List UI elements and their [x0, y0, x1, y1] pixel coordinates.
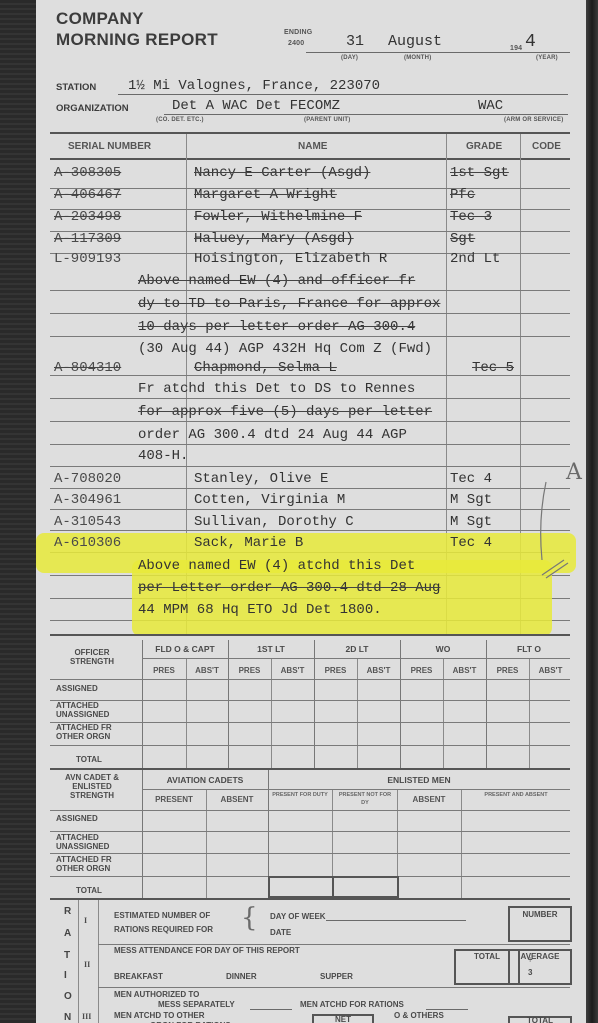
subcol-pres: PRES	[142, 666, 186, 675]
col-name: NAME	[298, 141, 327, 152]
estimated-rations-line1: ESTIMATED NUMBER OF	[114, 911, 210, 920]
subcol-abst: ABS'T	[443, 666, 486, 675]
remark-line: Above named EW (4) atchd this Det	[138, 558, 415, 574]
remark-line: (30 Aug 44) AGP 432H Hq Com Z (Fwd)	[138, 341, 432, 357]
row-line	[50, 466, 570, 467]
grid-divider	[142, 640, 143, 768]
subcol-absent: ABSENT	[206, 795, 268, 804]
year-caption: (YEAR)	[536, 55, 558, 61]
soldier-name: Hoisington, Elizabeth R	[194, 251, 387, 267]
section-rule	[50, 768, 570, 770]
subcol-present-not-for-duty: PRESENT NOT FOR DY	[336, 791, 394, 807]
enlisted-strength-title: AVN CADET & ENLISTED STRENGTH	[54, 773, 130, 800]
ration-letter: R	[64, 906, 71, 917]
remark-line: Above named EW (4) and officer fr	[138, 273, 415, 289]
supper-label: SUPPER	[320, 972, 353, 981]
serial-number: L-909193	[54, 251, 121, 267]
grid-divider	[314, 640, 315, 768]
serial-number: A-203498	[54, 209, 121, 225]
title-line-2: MORNING REPORT	[56, 29, 218, 50]
ration-letter: N	[64, 1012, 71, 1023]
serial-number: A-708020	[54, 471, 121, 487]
subcol-abst: ABS'T	[357, 666, 400, 675]
station-underline	[118, 94, 568, 95]
men-atchd-rations-field[interactable]	[426, 1009, 468, 1010]
report-month: August	[388, 33, 442, 50]
grid-line	[142, 789, 570, 790]
grid-divider	[461, 790, 462, 898]
ration-letter: A	[64, 928, 71, 939]
row-attached-unassigned: ATTACHED UNASSIGNED	[56, 833, 136, 851]
header-rule	[50, 132, 570, 134]
serial-number: A-804310	[54, 360, 121, 376]
grid-line	[142, 658, 570, 659]
soldier-grade: M Sgt	[450, 492, 492, 508]
grid-divider	[400, 640, 401, 768]
grid-line	[50, 853, 570, 854]
subcol-abst: ABS'T	[271, 666, 314, 675]
column-header-rule	[50, 158, 570, 160]
enlisted-men-group: ENLISTED MEN	[268, 775, 570, 785]
remark-line: 10 days per letter order AG 300.4	[138, 319, 415, 335]
grid-divider	[98, 900, 99, 1023]
average-box-label: AVERAGE	[508, 952, 572, 961]
organization-underline	[164, 114, 568, 115]
row-total: TOTAL	[76, 755, 102, 764]
subcol-pres: PRES	[486, 666, 529, 675]
subcol-pres: PRES	[314, 666, 357, 675]
men-atchd-other-line1: MEN ATCHD TO OTHER	[114, 1011, 205, 1020]
arm-value: WAC	[478, 98, 503, 114]
ration-letter: T	[64, 950, 70, 961]
soldier-name: Margaret A Wright	[194, 187, 337, 203]
grid-line	[50, 810, 570, 811]
subcol-present-and-absent: PRESENT AND ABSENT	[476, 791, 556, 799]
remark-line: dy to TD to Paris, France for approx	[138, 296, 440, 312]
officer-group: FLD O & CAPT	[142, 644, 228, 654]
month-caption: (MONTH)	[404, 55, 431, 61]
morning-report-form: COMPANY MORNING REPORT ENDING 2400 31 Au…	[36, 0, 586, 1023]
officer-group: FLT O	[486, 644, 572, 654]
serial-number: A-308305	[54, 165, 121, 181]
ending-time: 2400	[288, 40, 304, 47]
brace-mark: {	[241, 903, 258, 933]
officer-group: 2D LT	[314, 644, 400, 654]
station-value: 1½ Mi Valognes, France, 223070	[128, 78, 380, 94]
year-underline	[506, 52, 570, 53]
roster-end-rule	[50, 634, 570, 636]
men-authorized-line2: MESS SEPARATELY	[158, 1000, 235, 1009]
row-line	[50, 530, 570, 531]
subcol-present: PRESENT	[142, 795, 206, 804]
row-line	[50, 509, 570, 510]
mess-attendance-title: MESS ATTENDANCE FOR DAY OF THIS REPORT	[114, 946, 300, 955]
number-box-label: NUMBER	[508, 910, 572, 919]
soldier-grade: 1st Sgt	[450, 165, 509, 181]
row-line	[50, 488, 570, 489]
row-attached-other: ATTACHED FR OTHER ORGN	[56, 855, 136, 873]
men-authorized-line1: MEN AUTHORIZED TO	[114, 990, 199, 999]
row-line	[50, 444, 570, 445]
ration-letter: O	[64, 991, 72, 1002]
ending-label: ENDING	[284, 29, 312, 36]
remark-line: for approx five (5) days per letter	[138, 404, 432, 420]
soldier-grade: Tec 5	[472, 360, 514, 376]
dinner-label: DINNER	[226, 972, 257, 981]
remark-line: 44 MPM 68 Hq ETO Jd Det 1800.	[138, 602, 382, 618]
grid-divider	[206, 790, 207, 898]
grid-divider	[78, 900, 79, 1023]
breakfast-label: BREAKFAST	[114, 972, 163, 981]
row-assigned: ASSIGNED	[56, 684, 98, 693]
subcol-abst: ABS'T	[529, 666, 572, 675]
o-others-label: O & OTHERS	[394, 1011, 444, 1020]
remark-line: order AG 300.4 dtd 24 Aug 44 AGP	[138, 427, 407, 443]
row-attached-other: ATTACHED FR OTHER ORGN	[56, 723, 136, 741]
soldier-grade: Tec 3	[450, 209, 492, 225]
date-label: DATE	[270, 928, 291, 937]
bracket-pen-mark	[534, 480, 574, 580]
men-atchd-rations-label: MEN ATCHD FOR RATIONS	[300, 1000, 404, 1009]
soldier-grade: Sgt	[450, 231, 475, 247]
aviation-cadets-group: AVIATION CADETS	[142, 775, 268, 785]
grid-divider	[486, 640, 487, 768]
soldier-name: Stanley, Olive E	[194, 471, 328, 487]
total-present-for-duty-box	[268, 876, 334, 898]
col-serial-number: SERIAL NUMBER	[68, 141, 151, 152]
subcol-pres: PRES	[228, 666, 271, 675]
film-left-edge	[0, 0, 36, 1023]
remark-line: per Letter order AG 300.4 dtd 28 Aug	[138, 580, 440, 596]
grid-line	[50, 831, 570, 832]
row-line	[50, 398, 570, 399]
officer-strength-title: OFFICER STRENGTH	[60, 648, 124, 666]
section-ii-number: II	[84, 960, 90, 969]
row-line	[50, 313, 570, 314]
soldier-name: Sullivan, Dorothy C	[194, 514, 354, 530]
report-day: 31	[346, 33, 364, 50]
organization-value: Det A WAC Det FECOMZ	[172, 98, 340, 114]
soldier-name: Haluey, Mary (Asgd)	[194, 231, 354, 247]
remark-line: 408-H.	[138, 448, 188, 464]
film-right-edge	[586, 0, 598, 1023]
col-code: CODE	[532, 141, 561, 152]
ration-letter: I	[64, 970, 67, 981]
net-box-label: NET	[312, 1015, 374, 1023]
subcol-pres: PRES	[400, 666, 443, 675]
day-caption: (DAY)	[341, 55, 358, 61]
serial-number: A-406467	[54, 187, 121, 203]
row-assigned: ASSIGNED	[56, 814, 98, 823]
grid-divider	[228, 640, 229, 768]
org-caption-3: (ARM OR SERVICE)	[504, 117, 563, 123]
subcol-enlisted-absent: ABSENT	[397, 795, 461, 804]
officer-group: 1ST LT	[228, 644, 314, 654]
row-line	[50, 421, 570, 422]
serial-number: A-610306	[54, 535, 121, 551]
subcol-present-for-duty: PRESENT FOR DUTY	[272, 791, 328, 799]
soldier-name: Cotten, Virginia M	[194, 492, 345, 508]
grid-line	[50, 679, 570, 680]
serial-number: A-310543	[54, 514, 121, 530]
row-attached-unassigned: ATTACHED UNASSIGNED	[56, 701, 136, 719]
section-i-number: I	[84, 916, 87, 925]
soldier-grade: Tec 4	[450, 471, 492, 487]
year-prefix: 194	[510, 45, 522, 52]
station-label: STATION	[56, 82, 96, 93]
soldier-name: Nancy E Carter (Asgd)	[194, 165, 370, 181]
section-rule	[50, 898, 570, 900]
total-present-not-for-duty-box	[332, 876, 399, 898]
organization-label: ORGANIZATION	[56, 103, 129, 114]
day-of-week-label: DAY OF WEEK	[270, 912, 326, 921]
row-line	[50, 336, 570, 337]
grid-line	[50, 745, 570, 746]
grid-line	[98, 944, 570, 945]
row-total: TOTAL	[76, 886, 102, 895]
day-of-week-field[interactable]	[326, 920, 466, 921]
col-grade: GRADE	[466, 141, 502, 152]
subcol-abst: ABS'T	[186, 666, 228, 675]
row-line	[50, 290, 570, 291]
soldier-grade: 2nd Lt	[450, 251, 500, 267]
title-line-1: COMPANY	[56, 8, 218, 29]
grid-line	[98, 987, 570, 988]
remark-line: Fr atchd this Det to DS to Rennes	[138, 381, 415, 397]
serial-number: A-117309	[54, 231, 121, 247]
total-box-2-label: TOTAL	[508, 1016, 572, 1023]
soldier-grade: Pfc	[450, 187, 475, 203]
serial-number: A-304961	[54, 492, 121, 508]
officer-group: WO	[400, 644, 486, 654]
estimated-rations-line2: RATIONS REQUIRED FOR	[114, 925, 213, 934]
soldier-grade: M Sgt	[450, 514, 492, 530]
soldier-name: Sack, Marie B	[194, 535, 303, 551]
mess-separately-field[interactable]	[250, 1009, 292, 1010]
soldier-name: Chapmond, Selma L	[194, 360, 337, 376]
soldier-grade: Tec 4	[450, 535, 492, 551]
org-caption-2: (PARENT UNIT)	[304, 117, 350, 123]
soldier-name: Fowler, Withelmine F	[194, 209, 362, 225]
section-iii-number: III	[82, 1012, 91, 1021]
form-title: COMPANY MORNING REPORT	[56, 8, 218, 50]
org-caption-1: (CO. DET. ETC.)	[156, 117, 204, 123]
year-digit: 4	[525, 32, 536, 52]
